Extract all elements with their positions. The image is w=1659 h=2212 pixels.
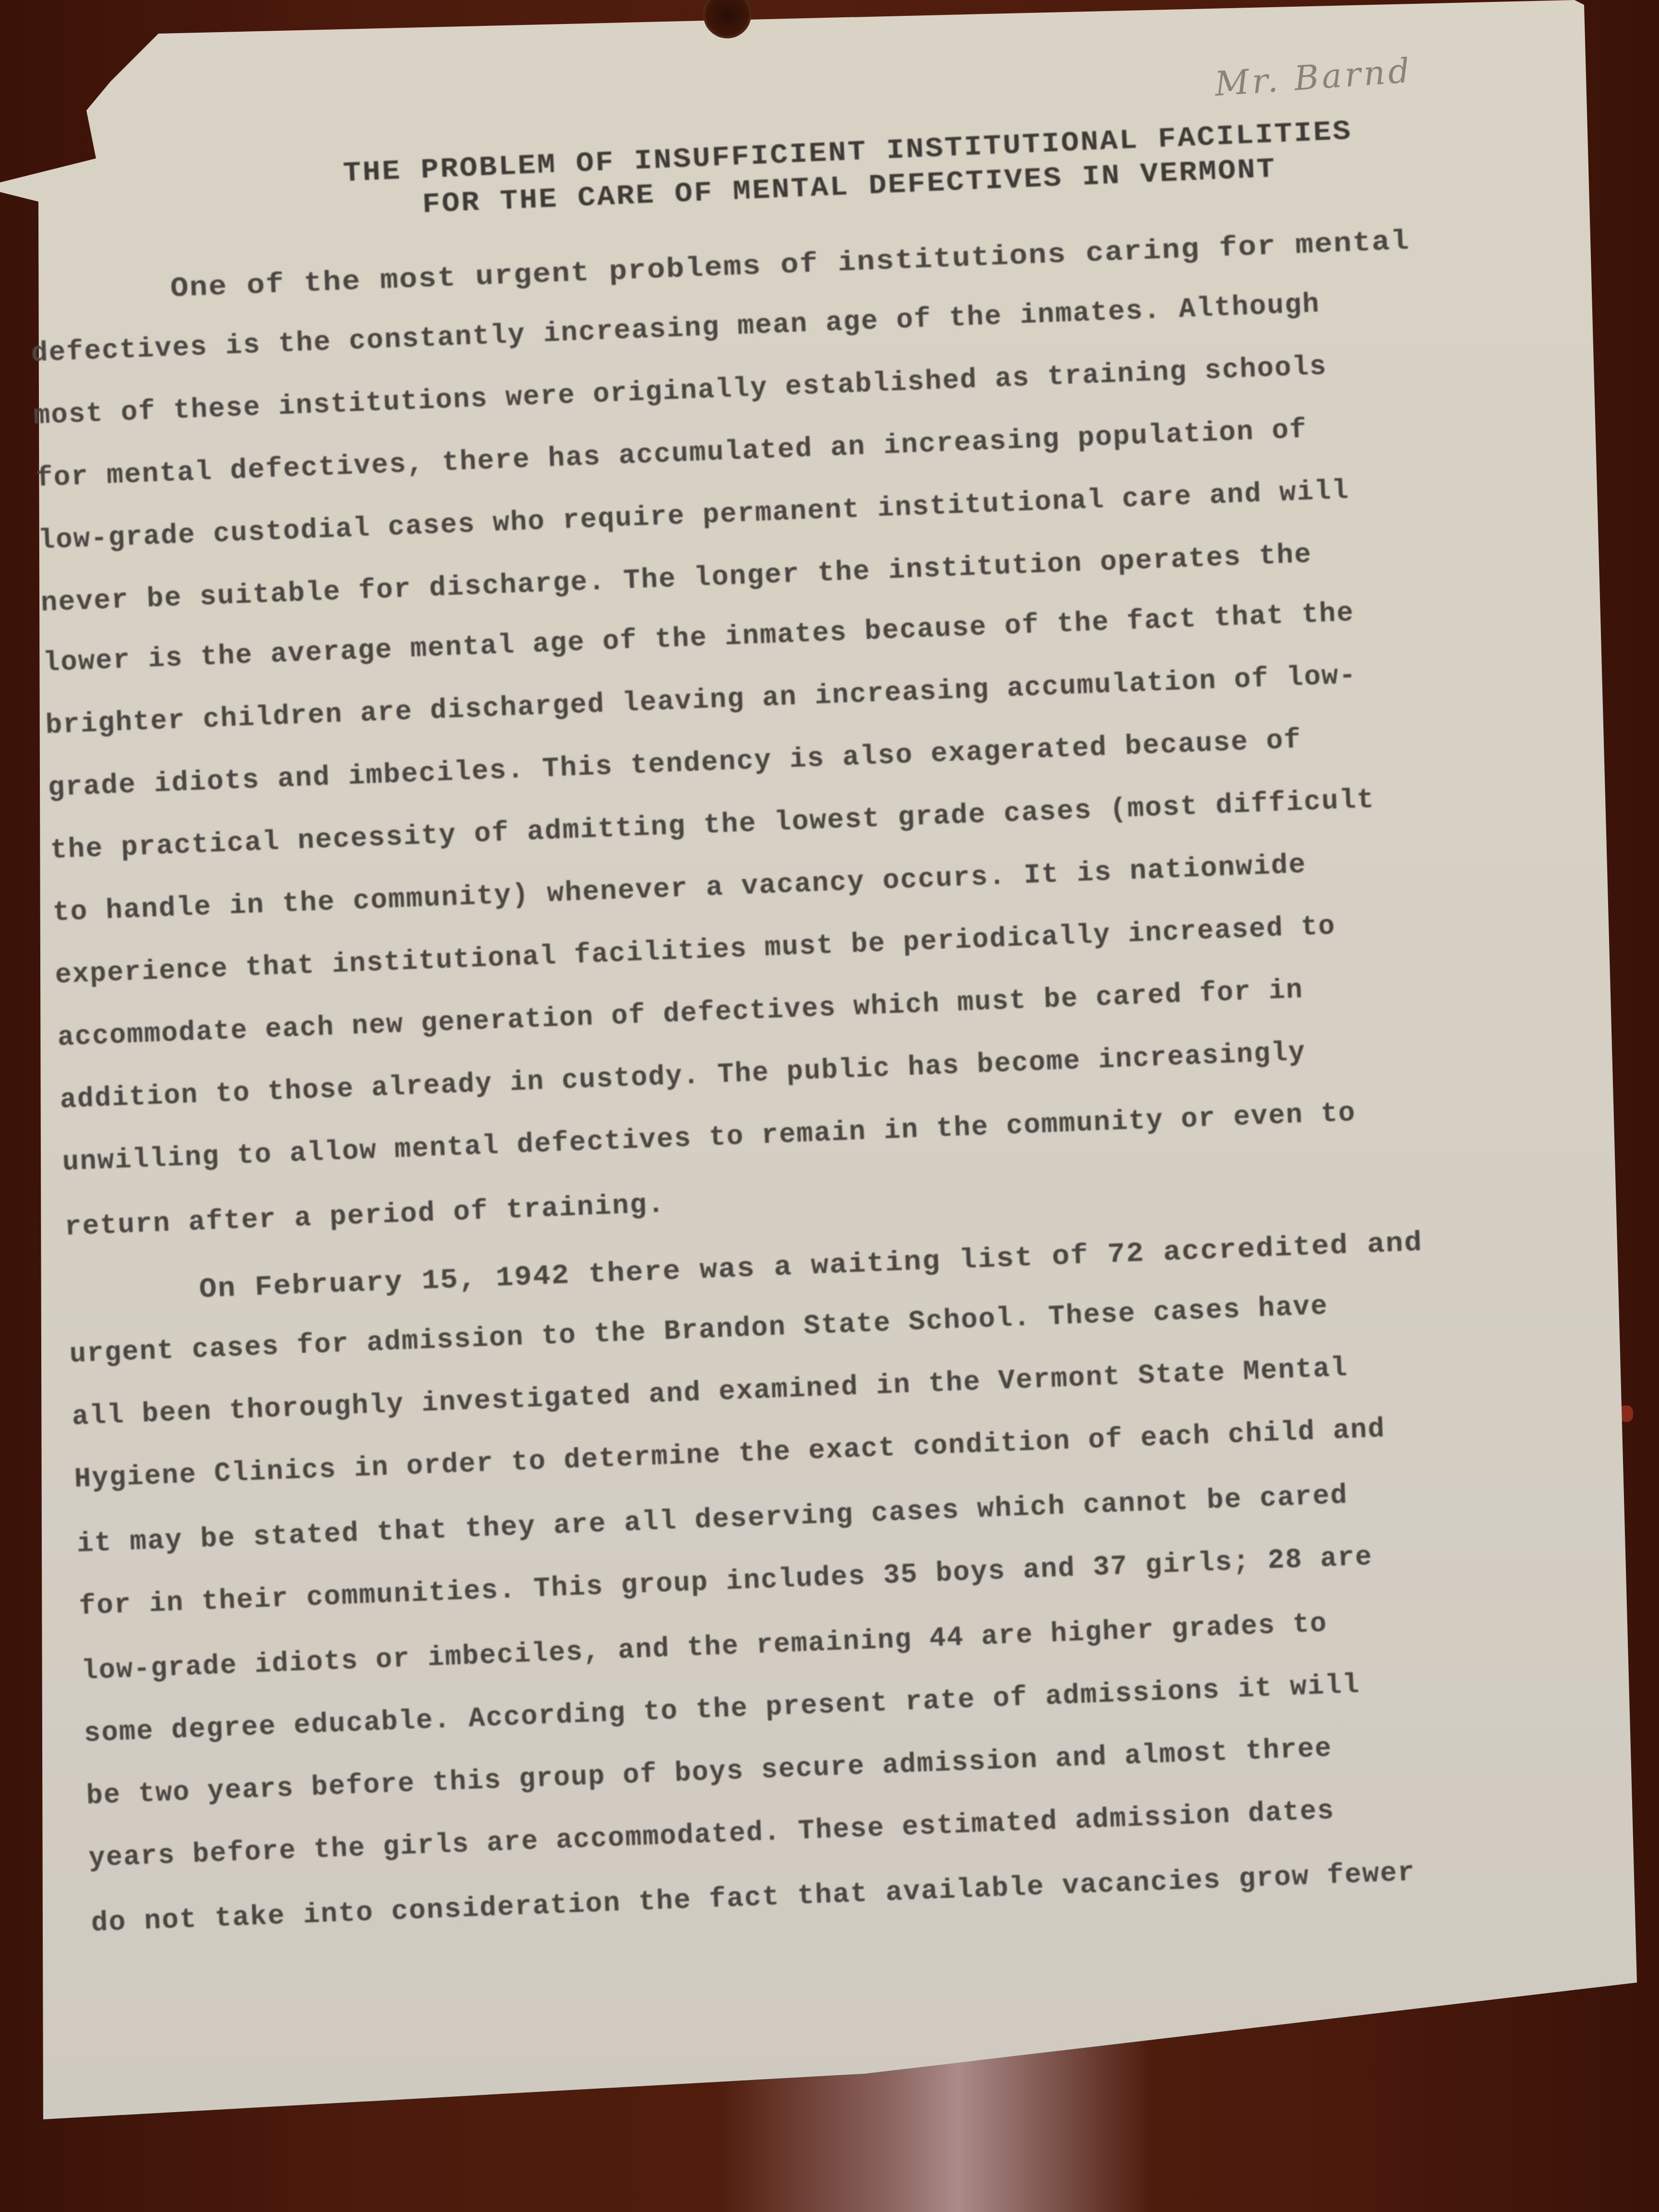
paragraph-1-line: accommodate each new generation of defec… <box>57 974 1304 1054</box>
paragraph-2-line: it may be stated that they are all deser… <box>76 1480 1349 1560</box>
paragraph-1-line: grade idiots and imbeciles. This tendenc… <box>48 725 1302 804</box>
paragraph-1-line: for mental defectives, there has accumul… <box>36 414 1308 494</box>
paragraph-2-line: be two years before this group of boys s… <box>86 1733 1333 1812</box>
paragraph-2-line: for in their communities. This group inc… <box>79 1542 1373 1623</box>
paragraph-2-line: Hygiene Clinics in order to determine th… <box>74 1414 1386 1495</box>
paragraph-1-line: to handle in the community) whenever a v… <box>52 850 1307 929</box>
paragraph-1-line: most of these institutions were original… <box>33 351 1328 432</box>
paragraph-2-line: years before the girls are accommodated.… <box>88 1795 1335 1875</box>
paragraph-2-line: low-grade idiots or imbeciles, and the r… <box>81 1608 1328 1687</box>
document-body: THE PROBLEM OF INSUFFICIENT INSTITUTIONA… <box>0 0 1659 2212</box>
paragraph-1-line: return after a period of training. <box>64 1189 666 1243</box>
paragraph-2-line: do not take into consideration the fact … <box>91 1857 1416 1939</box>
paragraph-1-line: experience that institutional facilities… <box>55 911 1336 991</box>
paragraph-2-line: some degree educable. According to the p… <box>84 1670 1360 1750</box>
paragraph-1-line: brighter children are discharged leaving… <box>45 660 1357 742</box>
paragraph-1-line: low-grade custodial cases who require pe… <box>38 475 1350 557</box>
paragraph-1-line: addition to those already in custody. Th… <box>60 1037 1307 1116</box>
paragraph-2-line: all been thoroughly investigated and exa… <box>72 1353 1348 1433</box>
paragraph-1-line: unwilling to allow mental defectives to … <box>62 1098 1357 1178</box>
